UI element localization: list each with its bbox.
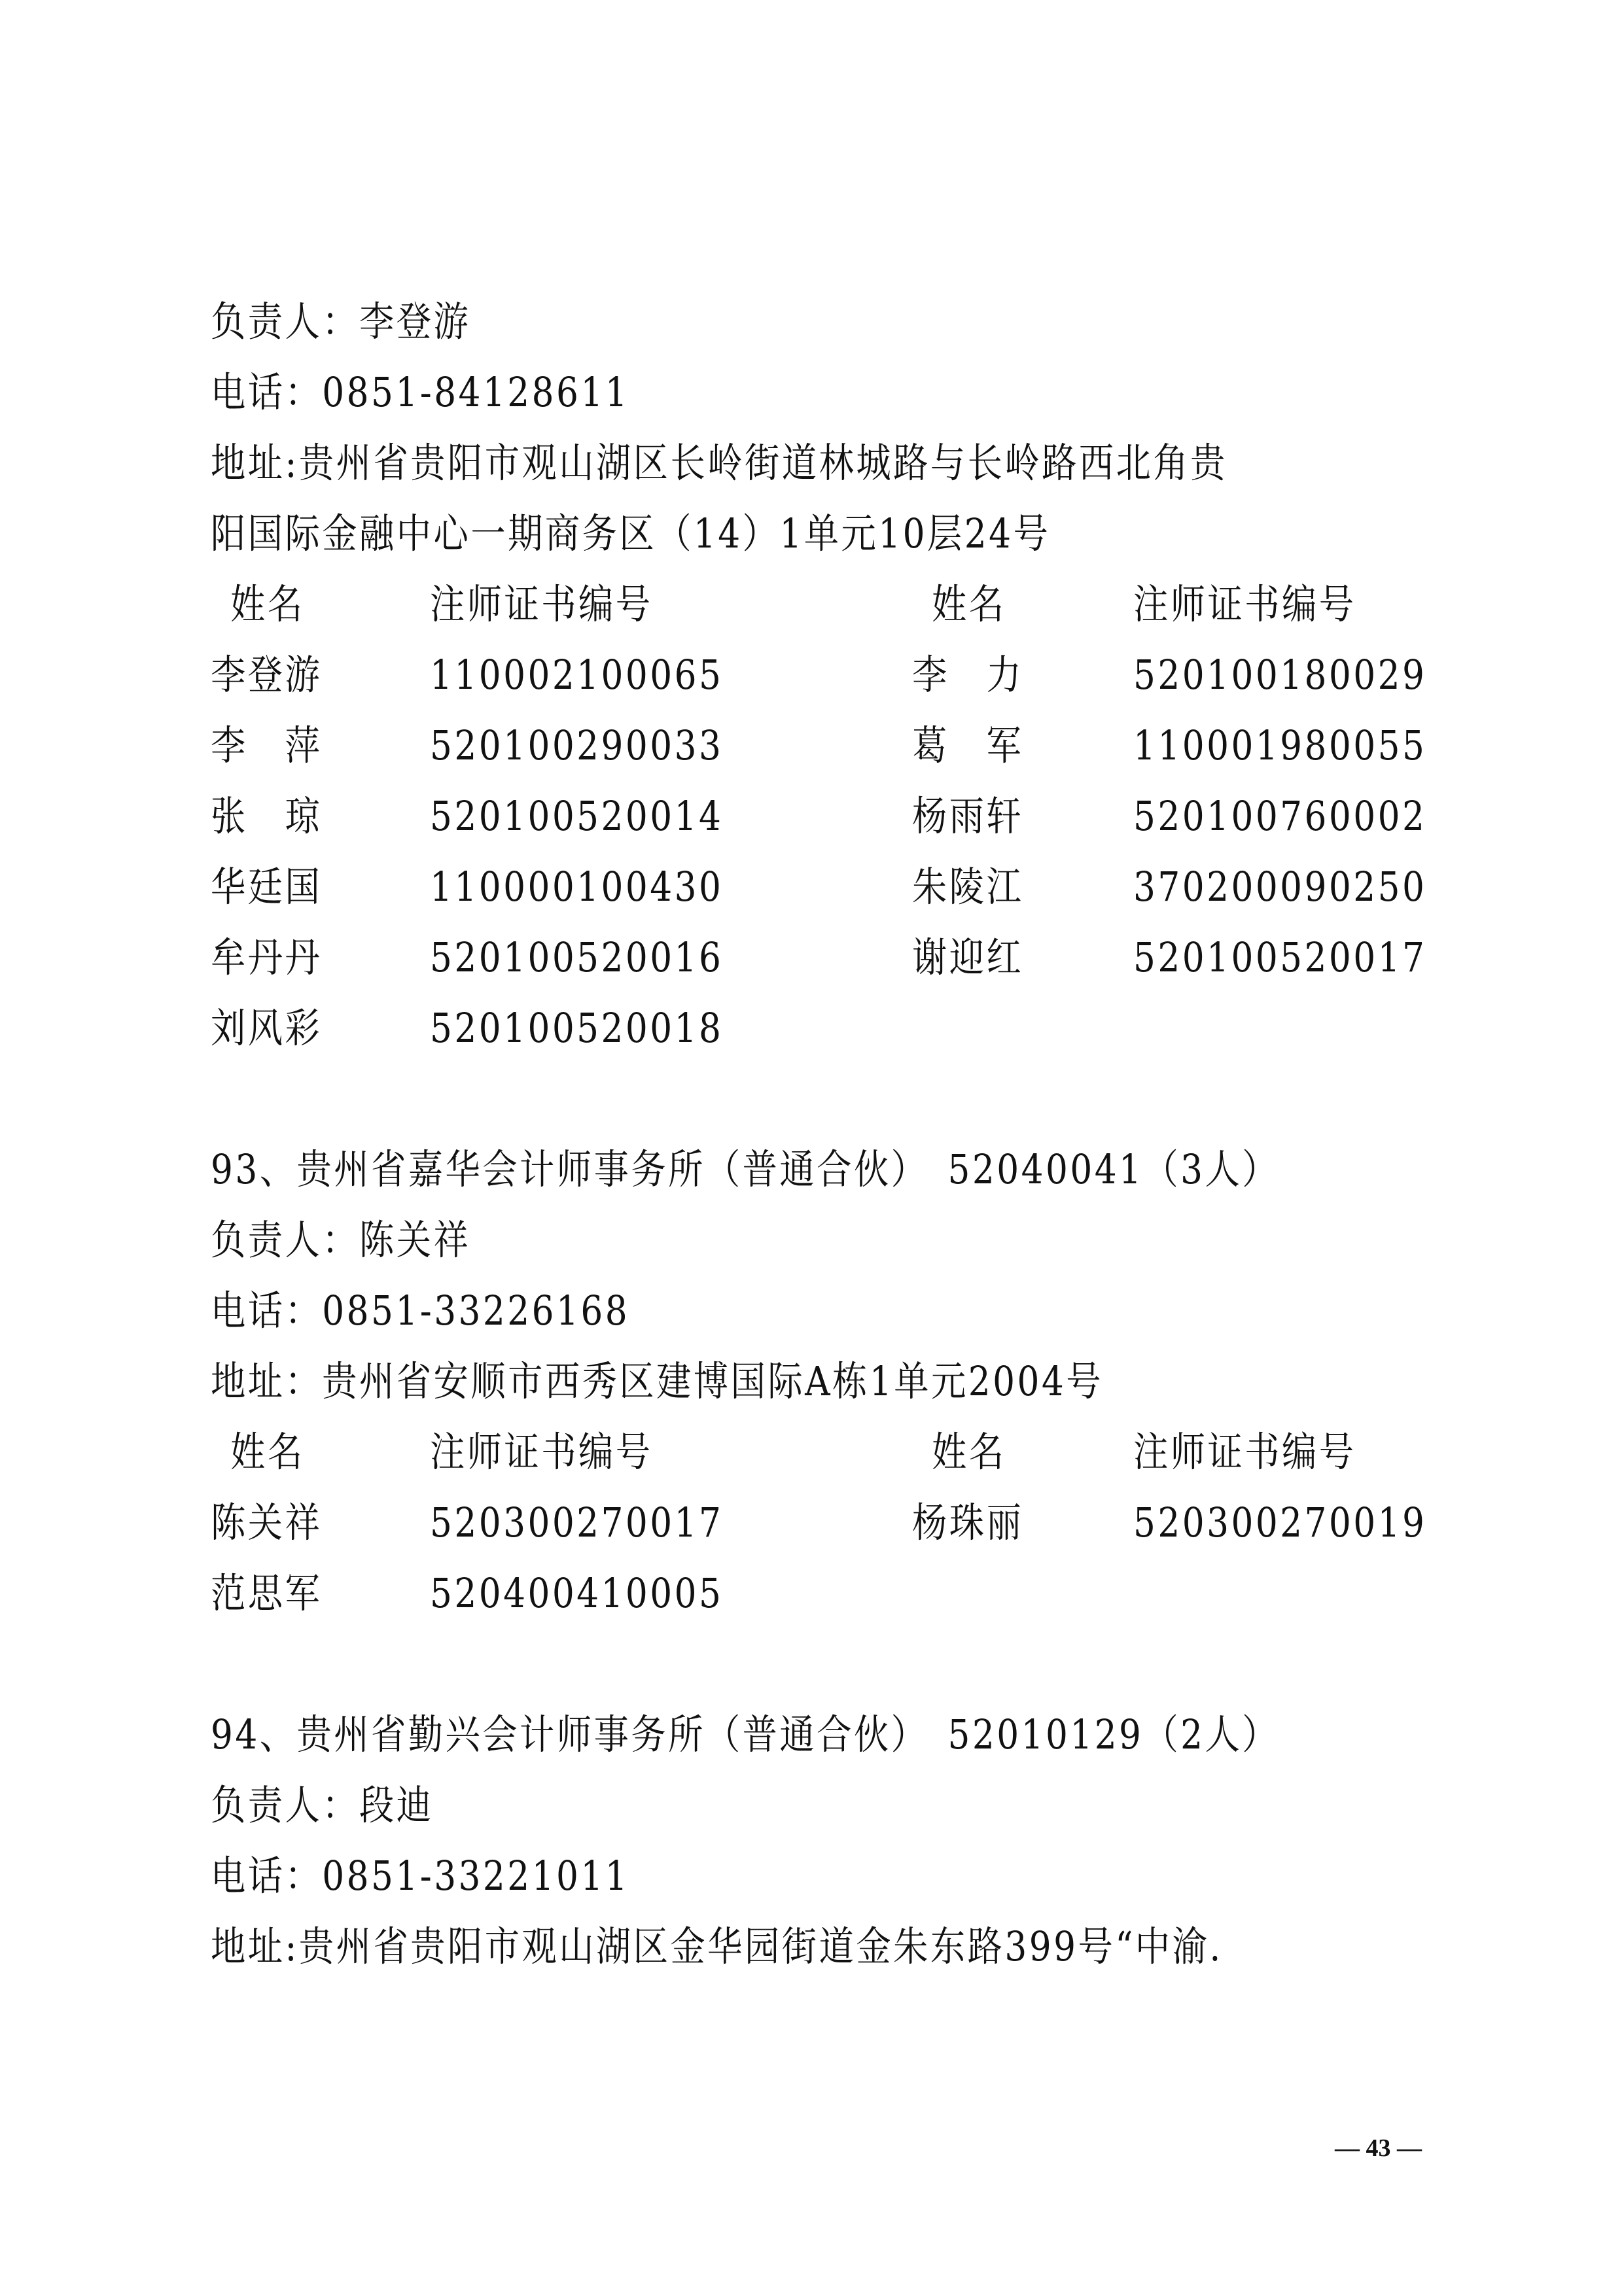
table-header: 姓名 注师证书编号 姓名 注师证书编号 — [211, 578, 1454, 631]
address: 地址:贵州省贵阳市观山湖区金华园街道金朱东路399号“中渝. — [211, 1921, 1223, 1973]
member-name: 李登游 — [211, 649, 322, 701]
address: 地址：贵州省安顺市西秀区建博国际A栋1单元2004号 — [211, 1355, 1103, 1408]
member-name: 杨珠丽 — [912, 1497, 1023, 1549]
member-name: 牟丹丹 — [211, 931, 322, 984]
member-cert: 520100520014 — [430, 790, 723, 843]
page-number: — 43 — — [1335, 2134, 1422, 2163]
table-row: 李 萍 520100290033 葛 军 110001980055 — [211, 720, 1454, 772]
member-name: 刘风彩 — [211, 1002, 322, 1054]
address-line-1: 地址:贵州省贵阳市观山湖区长岭街道林城路与长岭路西北角贵 — [211, 437, 1227, 489]
member-cert: 520100520016 — [430, 931, 723, 984]
responsible-person: 负责人：李登游 — [211, 296, 470, 348]
address-line-2: 阳国际金融中心一期商务区（14）1单元10层24号 — [211, 508, 1050, 560]
member-name: 李 萍 — [211, 720, 322, 772]
member-cert: 520100520017 — [1133, 931, 1426, 984]
table-row: 陈关祥 520300270017 杨珠丽 520300270019 — [211, 1497, 1454, 1549]
header-name: 姓名 — [230, 1426, 305, 1478]
header-name: 姓名 — [932, 578, 1006, 631]
member-cert: 520100760002 — [1133, 790, 1426, 843]
member-name: 朱陵江 — [912, 861, 1023, 913]
member-cert: 110002100065 — [430, 649, 723, 701]
table-row: 张 琼 520100520014 杨雨轩 520100760002 — [211, 790, 1454, 843]
responsible-person: 负责人：段迪 — [211, 1779, 434, 1832]
member-cert: 370200090250 — [1133, 861, 1426, 913]
phone: 电话：0851-33226168 — [211, 1285, 629, 1337]
table-header: 姓名 注师证书编号 姓名 注师证书编号 — [211, 1426, 1454, 1478]
header-cert: 注师证书编号 — [1133, 1426, 1356, 1478]
table-row: 华廷国 110000100430 朱陵江 370200090250 — [211, 861, 1454, 913]
member-name: 华廷国 — [211, 861, 322, 913]
header-name: 姓名 — [932, 1426, 1006, 1478]
member-cert: 520300270019 — [1133, 1497, 1426, 1549]
header-cert: 注师证书编号 — [1133, 578, 1356, 631]
member-name: 谢迎红 — [912, 931, 1023, 984]
firm-93-title: 93、贵州省嘉华会计师事务所（普通合伙） 52040041（3人） — [211, 1143, 1279, 1196]
member-cert: 520300270017 — [430, 1497, 723, 1549]
member-name: 葛 军 — [912, 720, 1023, 772]
member-name: 杨雨轩 — [912, 790, 1023, 843]
header-name: 姓名 — [230, 578, 305, 631]
member-cert: 520100520018 — [430, 1002, 723, 1054]
member-name: 范思军 — [211, 1567, 322, 1620]
member-cert: 520100180029 — [1133, 649, 1426, 701]
member-cert: 110001980055 — [1133, 720, 1426, 772]
phone: 电话：0851-84128611 — [211, 366, 629, 419]
member-cert: 520400410005 — [430, 1567, 723, 1620]
document-page: 负责人：李登游 电话：0851-84128611 地址:贵州省贵阳市观山湖区长岭… — [0, 0, 1624, 2296]
firm-94-title: 94、贵州省勤兴会计师事务所（普通合伙） 52010129（2人） — [211, 1709, 1279, 1761]
member-name: 张 琼 — [211, 790, 322, 843]
responsible-person: 负责人：陈关祥 — [211, 1214, 470, 1266]
table-row: 牟丹丹 520100520016 谢迎红 520100520017 — [211, 931, 1454, 984]
member-name: 李 力 — [912, 649, 1023, 701]
member-cert: 110000100430 — [430, 861, 723, 913]
header-cert: 注师证书编号 — [430, 578, 653, 631]
table-row: 李登游 110002100065 李 力 520100180029 — [211, 649, 1454, 701]
header-cert: 注师证书编号 — [430, 1426, 653, 1478]
table-row: 刘风彩 520100520018 — [211, 1002, 1454, 1054]
table-row: 范思军 520400410005 — [211, 1567, 1454, 1620]
phone: 电话：0851-33221011 — [211, 1850, 629, 1902]
member-name: 陈关祥 — [211, 1497, 322, 1549]
member-cert: 520100290033 — [430, 720, 723, 772]
